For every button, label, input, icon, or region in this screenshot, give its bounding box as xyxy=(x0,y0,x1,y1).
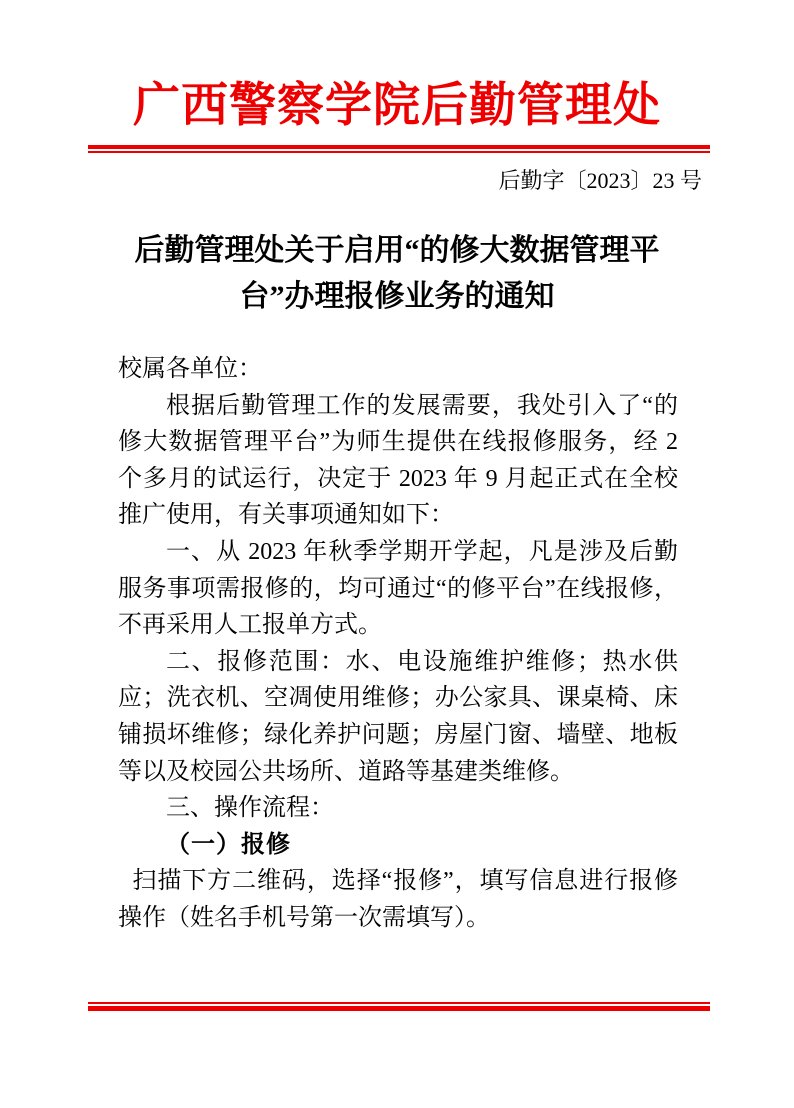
footer-rule-thin xyxy=(88,1002,710,1004)
header-rule-thin xyxy=(88,151,710,153)
document-title: 后勤管理处关于启用“的修大数据管理平 台”办理报修业务的通知 xyxy=(60,228,734,320)
item-3-heading: 三、操作流程： xyxy=(118,790,678,827)
salutation-line: 校属各单位： xyxy=(118,351,678,388)
intro-paragraph: 根据后勤管理工作的发展需要，我处引入了“的修大数据管理平台”为师生提供在线报修服… xyxy=(118,388,678,534)
document-page: 广西警察学院后勤管理处 后勤字〔2023〕23 号 后勤管理处关于启用“的修大数… xyxy=(0,0,794,1108)
instruction-paragraph: 扫描下方二维码，选择“报修”，填写信息进行报修操作（姓名手机号第一次需填写）。 xyxy=(118,863,678,936)
footer-rule-thick xyxy=(88,1006,710,1011)
document-title-line1: 后勤管理处关于启用“的修大数据管理平 xyxy=(60,228,734,274)
item-2-paragraph: 二、报修范围：水、电设施维护维修；热水供应；洗衣机、空凋使用维修；办公家具、课桌… xyxy=(118,644,678,790)
document-number: 后勤字〔2023〕23 号 xyxy=(498,166,702,196)
document-title-line2: 台”办理报修业务的通知 xyxy=(60,274,734,320)
subitem-baoxiu-heading: （一）报修 xyxy=(118,827,678,864)
item-1-paragraph: 一、从 2023 年秋季学期开学起，凡是涉及后勤服务事项需报修的，均可通过“的修… xyxy=(118,534,678,644)
org-header-title: 广西警察学院后勤管理处 xyxy=(0,76,794,136)
document-body: 校属各单位： 根据后勤管理工作的发展需要，我处引入了“的修大数据管理平台”为师生… xyxy=(118,351,678,937)
header-rule-thick xyxy=(88,145,710,149)
